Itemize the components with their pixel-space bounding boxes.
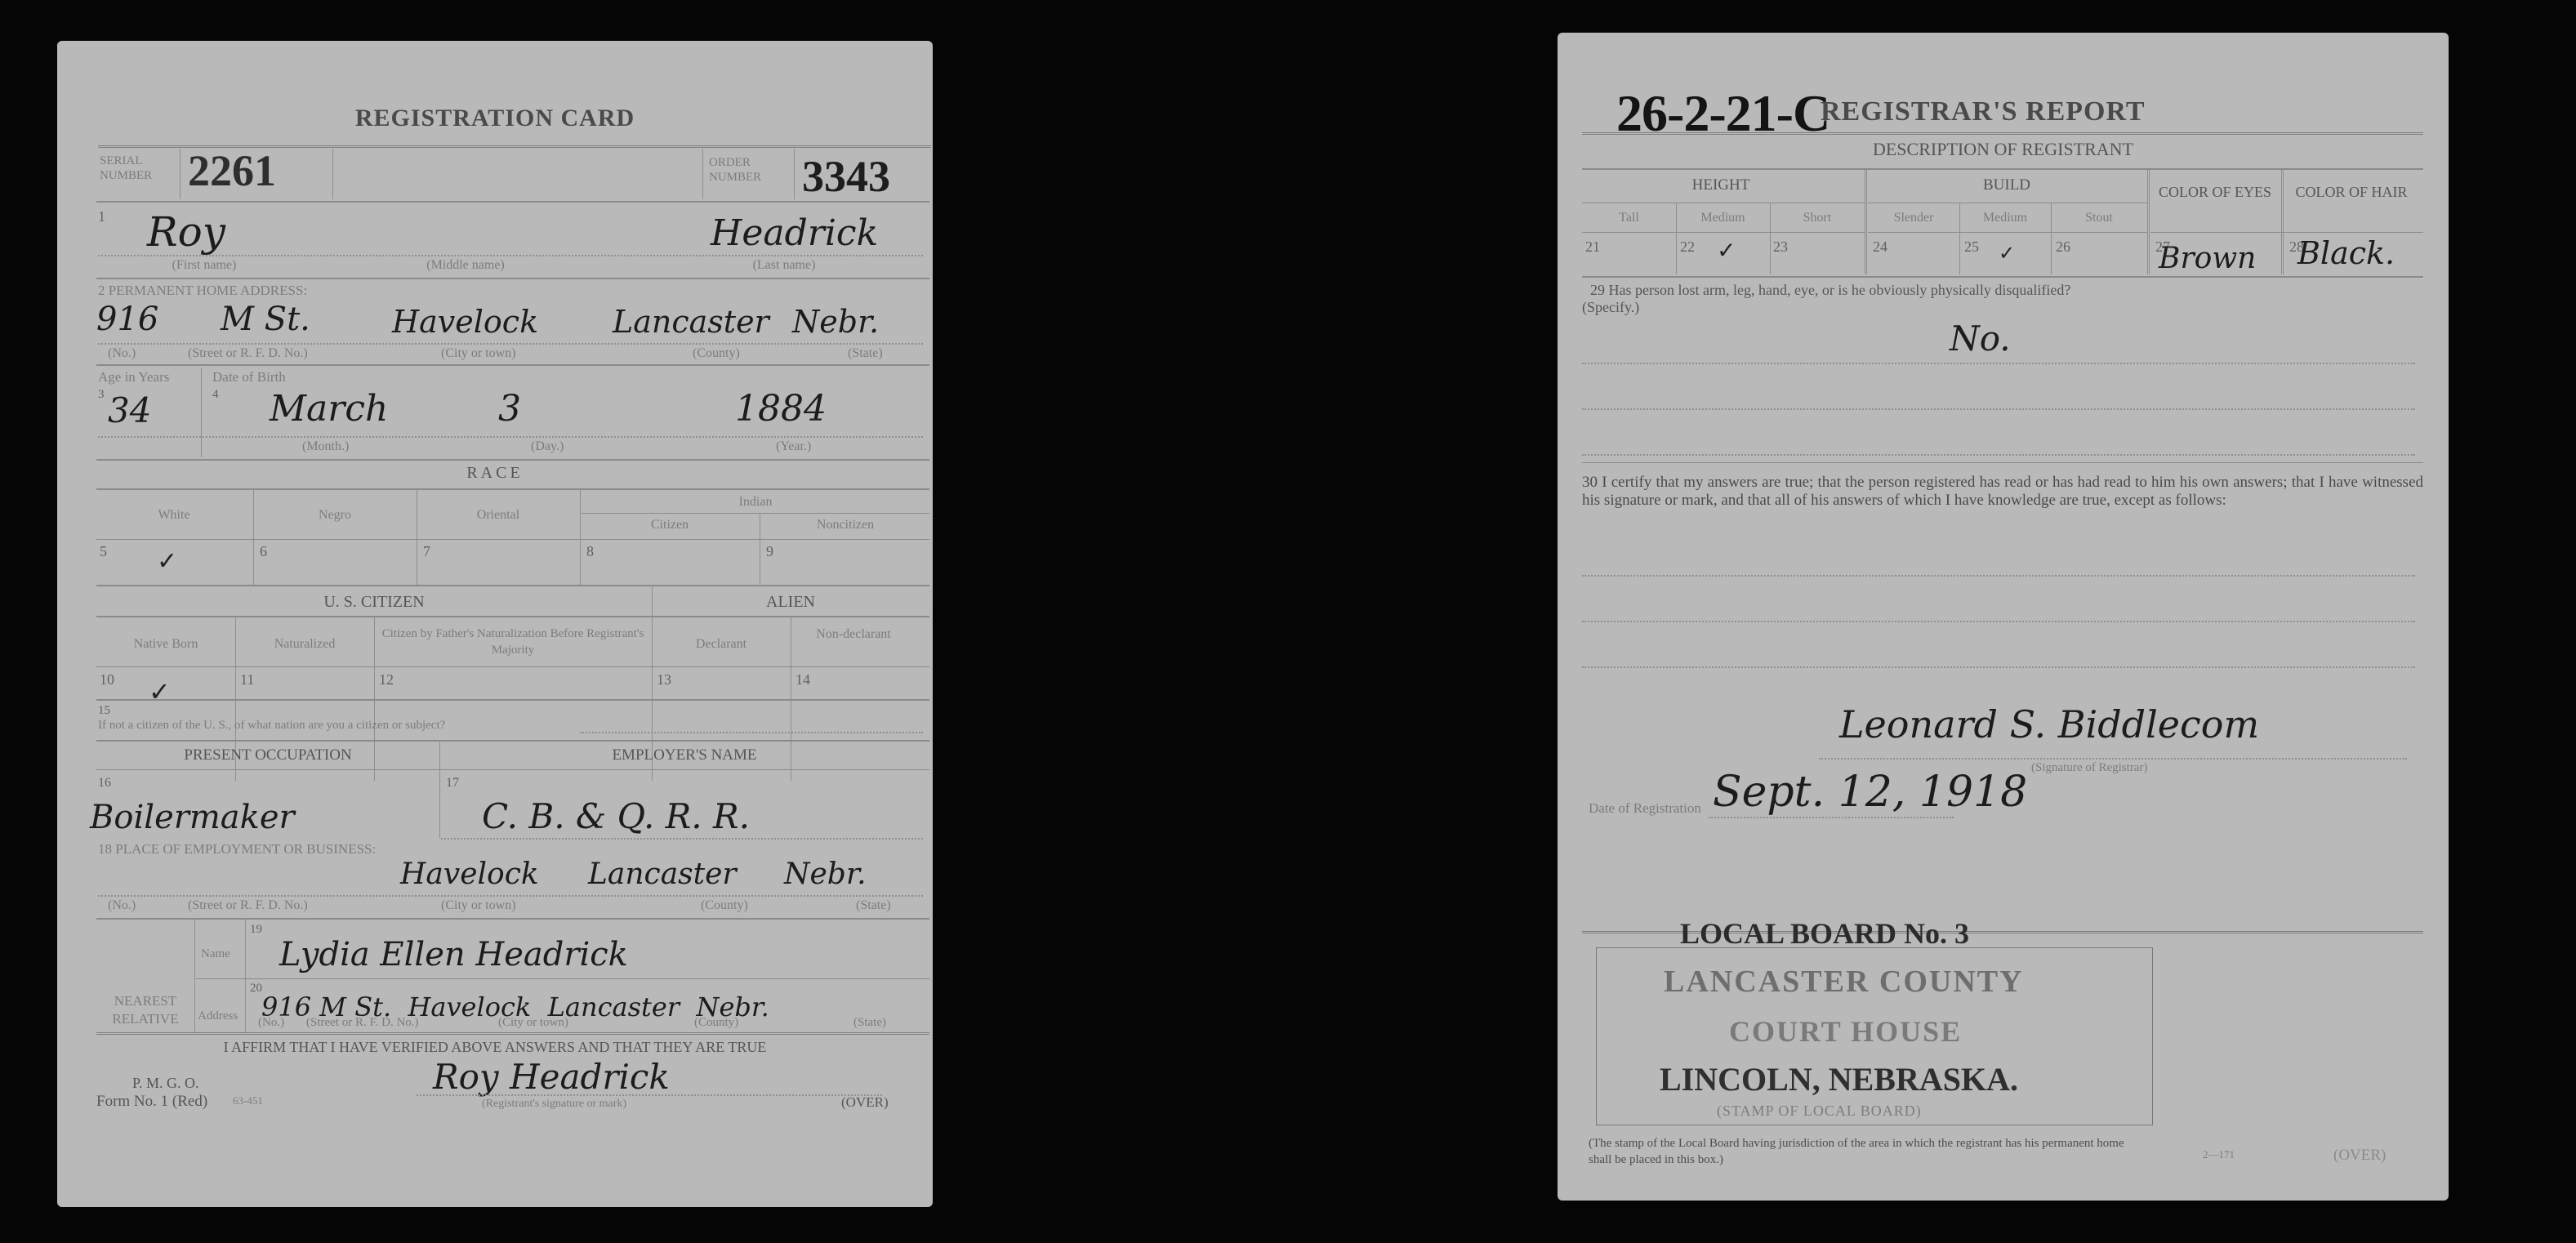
relative-name-label: Name (201, 947, 230, 961)
divider (96, 459, 929, 461)
native-born-checkmark: ✓ (149, 676, 171, 707)
divider (96, 740, 929, 742)
divider (1582, 168, 2423, 170)
home-address-no: 916 (96, 301, 158, 338)
race-white-checkmark: ✓ (157, 547, 177, 576)
race-indian-label: Indian (580, 495, 931, 510)
relative-state-label: (State) (853, 1016, 886, 1030)
relative-street-label: (Street or R. F. D. No.) (306, 1016, 419, 1030)
dob-month: March (270, 388, 388, 430)
race-indian-citizen-label: Citizen (580, 518, 760, 532)
divider (417, 488, 417, 585)
dob-label: Date of Birth (212, 369, 286, 385)
registrar-signature: Leonard S. Biddlecom (1839, 702, 2259, 746)
divider (1582, 203, 1865, 203)
dob-month-label: (Month.) (302, 439, 349, 454)
divider (96, 278, 929, 279)
card-title: REGISTRATION CARD (57, 105, 933, 132)
declarant-label: Declarant (652, 637, 791, 652)
dotted-line (1582, 666, 2415, 668)
divider (96, 666, 929, 667)
height-medium-label: Medium (1676, 211, 1770, 225)
race-white-label: White (96, 508, 252, 523)
signature-label: (Registrant's signature or mark) (482, 1098, 626, 1111)
build-heading: BUILD (1868, 176, 2146, 194)
first-name: Roy (147, 208, 225, 256)
dotted-line (1582, 408, 2415, 410)
stamp-box-label: (STAMP OF LOCAL BOARD) (1717, 1103, 1922, 1120)
occupation-heading: PRESENT OCCUPATION (96, 746, 439, 764)
build-medium-checkmark: ✓ (1999, 242, 2015, 265)
relative-no-label: (No.) (258, 1016, 284, 1030)
form-code: 2—171 (2203, 1148, 2235, 1161)
question-29-specify: (Specify.) (1582, 299, 1639, 316)
address-no-label: (No.) (108, 346, 136, 361)
divider (96, 918, 929, 920)
dob-day: 3 (498, 388, 521, 430)
place-of-employment-label: 18 PLACE OF EMPLOYMENT OR BUSINESS: (98, 841, 376, 858)
race-indian-noncitizen-label: Noncitizen (760, 518, 931, 532)
place-state-label: (State) (856, 898, 891, 913)
form-code: 63-451 (233, 1094, 263, 1107)
registrars-report-card: 26-2-21-C REGISTRAR'S REPORT DESCRIPTION… (1558, 33, 2449, 1201)
native-born-label: Native Born (96, 637, 235, 652)
pmgo-label: P. M. G. O. (132, 1075, 199, 1092)
race-negro-label: Negro (253, 508, 417, 523)
divider (194, 918, 195, 1032)
age-value: 34 (108, 390, 151, 430)
dotted-line (417, 1094, 882, 1096)
middle-name-label: (Middle name) (368, 258, 564, 273)
item-number: 15 (98, 704, 110, 718)
build-stout-label: Stout (2051, 211, 2147, 225)
height-tall-label: Tall (1582, 211, 1676, 225)
local-board-stamp-line4: LINCOLN, NEBRASKA. (1660, 1060, 2018, 1098)
divider (582, 513, 929, 514)
description-heading: DESCRIPTION OF REGISTRANT (1558, 139, 2449, 160)
nearest-relative-label: NEAREST RELATIVE (96, 992, 194, 1028)
item-number: 25 (1964, 238, 1979, 256)
item-number: 3 (98, 388, 105, 402)
address-city-label: (City or town) (441, 346, 516, 361)
serial-number-label: SERIAL NUMBER (100, 154, 173, 183)
address-state-label: (State) (848, 346, 883, 361)
item-number: 5 (100, 543, 107, 560)
stamp-note: (The stamp of the Local Board having jur… (1589, 1135, 2144, 1168)
dotted-line (441, 838, 923, 840)
place-no-label: (No.) (108, 898, 136, 913)
employer-value: C. B. & Q. R. R. (482, 796, 750, 836)
relative-county-label: (County) (694, 1016, 738, 1030)
occupation-value: Boilermaker (90, 799, 295, 836)
item-number: 21 (1585, 238, 1600, 256)
registrant-signature: Roy Headrick (433, 1057, 670, 1097)
divider (96, 616, 929, 617)
height-short-label: Short (1770, 211, 1865, 225)
citizen-by-father-label: Citizen by Father's Naturalization Befor… (380, 626, 646, 658)
divider (96, 539, 929, 540)
dotted-line (1582, 575, 2415, 577)
dotted-line (98, 255, 923, 256)
dob-day-label: (Day.) (531, 439, 564, 454)
item-number: 10 (100, 671, 114, 688)
dotted-line (98, 895, 923, 897)
item-number: 14 (796, 671, 810, 688)
divider (794, 149, 795, 199)
report-title: REGISTRAR'S REPORT (1821, 96, 2146, 127)
place-street-label: (Street or R. F. D. No.) (188, 898, 308, 913)
dotted-line (1582, 454, 2415, 456)
divider (1582, 462, 2423, 463)
divider (1582, 276, 2423, 278)
divider (96, 488, 929, 490)
relative-name: Lydia Ellen Headrick (279, 936, 628, 973)
dotted-line (98, 436, 923, 438)
item-number: 1 (98, 208, 105, 225)
question-29-answer: No. (1950, 319, 2011, 359)
order-number-label: ORDER NUMBER (709, 155, 787, 185)
address-county-label: (County) (693, 346, 740, 361)
relative-address-label: Address (198, 1009, 238, 1023)
dotted-line (1709, 817, 1954, 818)
height-heading: HEIGHT (1582, 176, 1860, 194)
dotted-line (580, 732, 923, 733)
place-county-label: (County) (701, 898, 748, 913)
item-number: 11 (240, 671, 254, 688)
local-board-stamp-line2: LANCASTER COUNTY (1664, 964, 2024, 1000)
item-number: 13 (657, 671, 671, 688)
order-number: 3343 (802, 151, 890, 202)
item-number: 26 (2056, 238, 2070, 256)
divider (96, 699, 929, 701)
date-of-registration-label: Date of Registration (1589, 800, 1701, 817)
divider (245, 918, 246, 1032)
divider (1582, 132, 2423, 136)
local-board-stamp-line1: LOCAL BOARD No. 3 (1680, 916, 1969, 951)
home-address-state: Nebr. (792, 304, 879, 340)
over-label: (OVER) (2333, 1147, 2386, 1165)
divider (1868, 203, 2147, 203)
over-label: (OVER) (841, 1094, 889, 1111)
divider (1865, 170, 1867, 274)
hair-heading: COLOR OF HAIR (2286, 183, 2417, 201)
divider (253, 488, 254, 585)
divider (96, 585, 929, 586)
us-citizen-heading: U. S. CITIZEN (96, 593, 652, 612)
date-of-registration: Sept. 12, 1918 (1713, 768, 2027, 817)
item-number: 20 (250, 982, 262, 996)
divider (702, 149, 703, 199)
non-declarant-label: Non-declarant (804, 626, 902, 644)
divider (96, 364, 929, 366)
registration-card: REGISTRATION CARD SERIAL NUMBER 2261 ORD… (57, 41, 933, 1207)
divider (332, 149, 333, 199)
item-number: 4 (212, 388, 219, 402)
hair-color: Black. (2297, 235, 2395, 271)
build-slender-label: Slender (1868, 211, 1959, 225)
age-label: Age in Years (98, 369, 169, 385)
last-name-label: (Last name) (662, 258, 907, 273)
item-number: 8 (586, 543, 594, 560)
home-address-label: 2 PERMANENT HOME ADDRESS: (98, 283, 307, 299)
registrar-signature-label: (Signature of Registrar) (2031, 761, 2147, 775)
question-30: 30 I certify that my answers are true; t… (1582, 474, 2423, 510)
dotted-line (1582, 621, 2415, 622)
dotted-line (1819, 758, 2407, 760)
nation-question: If not a citizen of the U. S., of what n… (98, 719, 445, 733)
item-number: 7 (423, 543, 430, 560)
divider (2150, 232, 2423, 233)
question-29: 29 Has person lost arm, leg, hand, eye, … (1590, 282, 2070, 299)
divider (180, 149, 180, 199)
place-county: Lancaster (588, 858, 737, 891)
item-number: 19 (250, 923, 262, 937)
race-heading: RACE (57, 464, 933, 483)
item-number: 16 (98, 776, 111, 791)
divider (2281, 170, 2284, 274)
divider (1582, 232, 1865, 233)
divider (96, 769, 929, 770)
divider (196, 978, 929, 979)
relative-city-label: (City or town) (498, 1016, 568, 1030)
eye-color: Brown (2159, 242, 2256, 275)
last-name: Headrick (711, 212, 878, 254)
item-number: 23 (1773, 238, 1788, 256)
home-address-city: Havelock (392, 304, 538, 340)
divider (201, 368, 202, 457)
item-number: 22 (1680, 238, 1695, 256)
employer-heading: EMPLOYER'S NAME (439, 746, 929, 764)
item-number: 12 (379, 671, 394, 688)
place-state: Nebr. (784, 858, 867, 891)
dotted-line (98, 343, 923, 345)
naturalized-label: Naturalized (235, 637, 374, 652)
divider (96, 1032, 929, 1036)
item-number: 24 (1873, 238, 1887, 256)
item-number: 17 (446, 776, 459, 791)
divider (96, 201, 929, 203)
serial-number: 2261 (188, 145, 276, 196)
dob-year: 1884 (735, 388, 827, 430)
divider (2147, 170, 2150, 274)
alien-heading: ALIEN (652, 593, 929, 612)
dob-year-label: (Year.) (776, 439, 811, 454)
item-number: 6 (260, 543, 267, 560)
affirm-statement: I AFFIRM THAT I HAVE VERIFIED ABOVE ANSW… (57, 1039, 933, 1056)
address-street-label: (Street or R. F. D. No.) (188, 346, 308, 361)
home-address-street: M St. (221, 301, 310, 338)
first-name-label: (First name) (106, 258, 302, 273)
eyes-heading: COLOR OF EYES (2150, 183, 2280, 201)
height-medium-checkmark: ✓ (1717, 237, 1736, 264)
local-board-stamp-line3: COURT HOUSE (1729, 1014, 1962, 1049)
place-city: Havelock (400, 858, 539, 891)
dotted-line (1582, 363, 2415, 364)
item-number: 9 (766, 543, 773, 560)
race-oriental-label: Oriental (417, 508, 580, 523)
form-number: Form No. 1 (Red) (96, 1093, 207, 1111)
place-city-label: (City or town) (441, 898, 516, 913)
build-medium-label: Medium (1959, 211, 2051, 225)
divider (1868, 232, 2147, 233)
home-address-county: Lancaster (613, 304, 769, 340)
